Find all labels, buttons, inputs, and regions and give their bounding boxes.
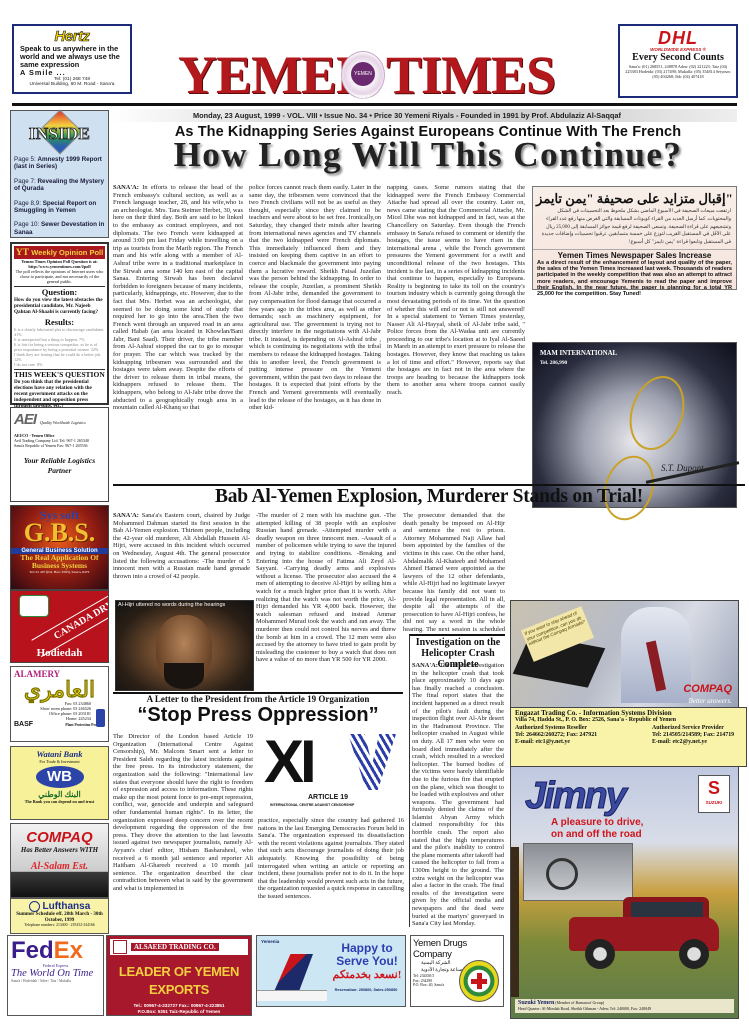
inside-page: Page 10:: [14, 221, 39, 228]
article19-logo: XIX XI ARTICLE 19 INTERNATIONAL CENTRE A…: [258, 732, 408, 812]
dateline: Monday, 23 August, 1999 - VOL. VIII • Is…: [110, 109, 737, 122]
gbs-footer: Tel: 01 407 (P.O. Box: 2583), Sana'a, RO…: [11, 570, 108, 574]
dupont-brand: S.T. Dupont: [661, 463, 704, 473]
engazat-left-email[interactable]: E-mail: etc1@y.net.ye: [515, 739, 570, 746]
canada-dry-crest-icon: [19, 595, 49, 617]
engazat-title: Engazat Trading Co. - Information System…: [515, 710, 742, 717]
jimny-logo: Jimny: [525, 775, 625, 818]
lufthansa-footer: Telephone numbers: 213400 - 219252-34416…: [13, 923, 106, 928]
suzuki-logo: S SUZUKI: [698, 775, 730, 813]
car-image: [559, 897, 727, 973]
salam-name: Al-Salam Est.: [11, 861, 108, 872]
steering-wheel-icon: [546, 858, 578, 890]
fedex-tagline: The World On Time: [11, 968, 100, 979]
engazat-left-tel: Tel: 264662/260272; Fax: 247921: [515, 732, 597, 739]
engazat-right-tel: Tel: 214505/214589; Fax: 214719: [652, 732, 742, 739]
yemenia-phones: Reservation: 250800, Sales:250850: [327, 988, 405, 993]
masthead-rule: [12, 103, 737, 106]
dhl-logo: DHL: [624, 29, 732, 47]
plane-body-icon: [257, 990, 327, 1001]
alsaeed-top: ALSAEED TRADING CO.: [110, 939, 248, 955]
engazat-left-role: Authorized Systems Reseller: [515, 725, 587, 732]
poll-disclaimer: The poll reflects the opinions of Intern…: [14, 269, 105, 284]
hertz-smile: A Smile ...: [20, 69, 124, 77]
drugs-name: Yemen Drugs Company: [413, 938, 501, 960]
mam-tel: Tel. 286,990: [540, 360, 567, 366]
alsaeed-logo-icon: [113, 940, 127, 954]
tree-trunk-image: [511, 847, 519, 997]
mam-title: MAM INTERNATIONAL: [540, 350, 617, 357]
yemenia-ar: نسعد بخدمتكم!: [329, 968, 405, 981]
masthead-times: TIMES: [386, 45, 555, 105]
poll-result: It is a clearly fabricated plot to disco…: [14, 327, 105, 337]
canada-dry-city: Hodiedah: [11, 647, 108, 659]
hertz-text: Speak to us anywhere in the world and we…: [20, 45, 124, 69]
sales-en: Yemen Times Newspaper Sales Increase As …: [533, 249, 736, 298]
inside-page: Page 7:: [14, 178, 36, 185]
inside-page: Page 5:: [14, 156, 36, 163]
engazat-ad[interactable]: Engazat Trading Co. - Information System…: [510, 707, 747, 767]
emblem-text: YEMEN TIMES: [351, 62, 375, 86]
fedex-ex: Ex: [54, 937, 83, 964]
aei-slogan: Quality Worldwide Logistics: [40, 420, 86, 425]
lead-column-3: napping cases. Some rumors stating that …: [387, 184, 525, 482]
sales-en-body: As a direct result of the enhancement of…: [537, 260, 732, 297]
inside-title: INSIDE: [14, 124, 105, 144]
poll-result: It is fair for being a serious competito…: [14, 342, 105, 352]
watani-bank-ad[interactable]: Watani Bank For Trade & Investment WB ال…: [10, 746, 109, 820]
poll-question: How do you view the latest obstacles the…: [14, 297, 105, 315]
wb-logo: WB: [36, 766, 84, 788]
letter-column-1: The Director of the London based Article…: [113, 733, 253, 933]
inside-item[interactable]: Page 7: Revealing the Mystery of Qurada: [14, 178, 105, 193]
poll-week-question: Do you think that the presidential elect…: [14, 379, 105, 409]
article19-sub: INTERNATIONAL CENTRE AGAINST CENSORSHIP: [270, 803, 354, 807]
sales-ar-title: إقبال متزايد على صحيفة "يمن تايمز": [533, 190, 736, 208]
fedex-fed: Fed: [11, 937, 54, 964]
suzuki-footer-member: (Member of Bamaroof Group): [555, 1000, 604, 1005]
yemenia-logo: Yemenia: [261, 939, 279, 944]
car-interior-image: [523, 843, 633, 901]
poll-url[interactable]: Yemen Times Opinion Poll Question is at:…: [14, 259, 105, 269]
dhl-tagline: Every Second Counts: [624, 52, 732, 64]
aei-country: Sana'a Republic of Yemen Fax: 967-1 2655…: [14, 443, 105, 448]
alsaeed-pobox: P.O.Box: 5351 Taiz-Republic of Yemen: [110, 1009, 248, 1015]
yemenia-happy: Happy to Serve You!: [329, 942, 405, 968]
poll-title: Weekly Opinion Poll: [31, 248, 103, 257]
bab-column-3: The prosecutor demanded that the death p…: [403, 512, 505, 634]
inside-item[interactable]: Page 10: Sewer Devestation in Sanaa: [14, 221, 105, 236]
drugs-seal-icon: [459, 960, 499, 1002]
alamery-ad[interactable]: ALAMERY العامري Fax: 03 234860 Show room…: [10, 666, 109, 742]
lufthansa-name: Lufthansa: [43, 901, 91, 912]
lufthansa-schedule: Summer Schedule eff. 28th March - 30th O…: [13, 912, 106, 923]
watani-name: Watani Bank: [13, 749, 106, 759]
sales-ar-body: ارتفعت مبيعات الصحيفة في الأسبوع الماضي …: [533, 208, 736, 248]
canada-dry-ad[interactable]: CANADA DRY Hodiedah: [10, 590, 109, 663]
lufthansa-logo: Lufthansa: [13, 901, 106, 912]
masthead: YEMEN YEMEN TIMES TIMES: [178, 45, 556, 107]
article19-caption: ARTICLE 19: [308, 794, 348, 801]
gbs-ad[interactable]: Sys soft G.B.S. General Business Solutio…: [10, 505, 109, 590]
bab-column-1: SANA'A: Sana'a's Eastern court, chaired …: [113, 512, 250, 598]
glasses-icon: [621, 369, 694, 457]
dove-x-icon: [348, 734, 396, 790]
watani-sub: For Trade & Investment: [13, 759, 106, 764]
bab-headline: Bab Al-Yemen Explosion, Murderer Stands …: [113, 486, 745, 508]
alamery-name-ar: العامري: [14, 679, 105, 701]
poll-result: I do not care. 8%: [14, 362, 105, 367]
alsaeed-name: ALSAEED TRADING CO.: [131, 943, 219, 951]
engazat-right-role: Authorized Service Provider: [652, 725, 742, 732]
plane-tail-icon: [263, 954, 313, 994]
lead-headline: How Long Will This Continue?: [113, 135, 743, 175]
alhijri-photo: Al-Hijri uttered no words during the hea…: [115, 600, 254, 691]
hertz-ad[interactable]: Hertz Speak to us anywhere in the world …: [12, 24, 132, 94]
aei-tagline: Your Reliable Logistics Partner: [14, 456, 105, 476]
heli-body: SANA'A: The official investigation in th…: [412, 662, 504, 930]
watani-tagline: The Bank you can depend on and trust: [13, 799, 106, 804]
compaq-tagline: Better answers.: [688, 697, 732, 705]
suzuki-footer-address: Head Quarter: Al-Mimlah Road, Sheikh Oth…: [518, 1006, 651, 1011]
opinion-poll: YT Weekly Opinion Poll Yemen Times Opini…: [10, 242, 109, 405]
suzuki-s-icon: S: [699, 776, 729, 800]
dhl-contacts: Sana'a: (01) 268551, 248878 Aden: (02) 2…: [624, 64, 732, 79]
fedex-cities: Sana'a / Hodeidah / Aden / Taiz / Mukall…: [11, 979, 100, 983]
watani-name-ar: البنك الوطني: [13, 790, 106, 799]
aei-logo: AEI: [14, 411, 36, 428]
compaq-tagline: Has Better Answers WITH: [11, 846, 108, 855]
jimny-tagline: A pleasure to drive, on and off the road: [551, 817, 651, 841]
beard-image: [164, 663, 204, 689]
inside-item[interactable]: Page 8,9: Special Report on Smuggling in…: [14, 200, 105, 215]
yemenia-ad[interactable]: Yemenia Happy to Serve You! نسعد بخدمتكم…: [256, 935, 406, 1007]
masthead-emblem-icon: YEMEN TIMES: [341, 51, 385, 99]
aei-ad[interactable]: AEI Quality Worldwide Logistics AEI/CO -…: [10, 407, 109, 502]
photo-caption: Al-Hijri uttered no words during the hea…: [118, 602, 225, 608]
gbs-top: Sys soft: [11, 508, 108, 523]
wheel-icon: [585, 939, 615, 969]
sales-en-title: Yemen Times Newspaper Sales Increase: [537, 251, 732, 260]
letter-column-2: practice, especially since the country h…: [258, 817, 404, 932]
poll-result: I think they are fearing that he could d…: [14, 352, 105, 362]
wheel-icon: [679, 939, 709, 969]
bab-column-2: -The murder of 2 men with his machine gu…: [256, 512, 396, 690]
letter-kicker: A Letter to the President from the Artic…: [113, 694, 403, 704]
engazat-right-email[interactable]: E-mail: etc2@y.net.ye: [652, 739, 742, 746]
spray-can-icon: [96, 709, 105, 727]
compaq-armada-ad[interactable]: If you want to stay ahead of your compet…: [510, 600, 739, 708]
poll-results-label: Results:: [14, 317, 105, 327]
inside-logo: INSIDE: [14, 114, 105, 154]
sales-increase-box: إقبال متزايد على صحيفة "يمن تايمز" ارتفع…: [532, 186, 737, 290]
fedex-ad[interactable]: FedEx Federal Express The World On Time …: [7, 935, 104, 1016]
compaq-logo: COMPAQ: [11, 829, 108, 846]
engazat-address: Villa 74, Hadda St., P. O. Box: 2526, Sa…: [515, 717, 742, 724]
yemen-drugs-ad[interactable]: Yemen Drugs Company الشركة اليمنية لصناع…: [410, 935, 504, 1007]
drugs-name-ar: الشركة اليمنية لصناعة وتجارة الأدوية: [413, 960, 466, 974]
lufthansa-ad[interactable]: Lufthansa Summer Schedule eff. 28th Marc…: [10, 898, 109, 934]
hertz-logo: Hertz: [20, 28, 124, 45]
basf-logo: BASF: [14, 721, 33, 728]
dhl-ad[interactable]: DHL WORLDWIDE EXPRESS ® Every Second Cou…: [618, 24, 738, 98]
alsaeed-ad[interactable]: ALSAEED TRADING CO. LEADER OF YEMEN EXPO…: [106, 935, 252, 1016]
inside-box: INSIDE Page 5: Amnesty 1999 Report (last…: [10, 110, 109, 238]
lead-column-1: SANA'A: In efforts to release the head o…: [113, 184, 243, 482]
letter-headline: “Stop Press Oppression”: [113, 704, 403, 726]
gbs-sub: The Real Application Of Business Systems: [11, 554, 108, 570]
hertz-address: Universal Building, 60 M. Road - Sana'a: [20, 82, 124, 87]
poll-header: YT Weekly Opinion Poll: [14, 246, 105, 259]
poll-question-label: Question:: [14, 286, 105, 297]
car-window: [631, 902, 703, 917]
crane-icon: [29, 901, 40, 912]
fedex-logo: FedEx: [11, 939, 100, 963]
inside-item[interactable]: Page 5: Amnesty 1999 Report (last in Ser…: [14, 156, 105, 171]
suzuki-footer: Suzuki Yemen (Member of Bamaroof Group) …: [515, 999, 734, 1013]
suzuki-brand: SUZUKI: [699, 800, 729, 805]
suzuki-jimny-ad[interactable]: Jimny A pleasure to drive, on and off th…: [510, 766, 739, 1019]
compaq-logo: COMPAQ: [683, 683, 732, 695]
inside-page: Page 8,9:: [14, 200, 41, 207]
cross-icon: [471, 973, 487, 989]
poll-week-label: THIS WEEK'S QUESTION: [14, 369, 105, 379]
poll-yt: YT: [16, 248, 29, 258]
alsaeed-lead: LEADER OF YEMEN EXPORTS: [110, 963, 248, 999]
xi-text-icon: XI: [264, 732, 313, 792]
compaq-salam-ad[interactable]: COMPAQ Has Better Answers WITH Al-Salam …: [10, 823, 109, 898]
lead-column-2: police forces cannot reach them easily. …: [249, 184, 381, 482]
